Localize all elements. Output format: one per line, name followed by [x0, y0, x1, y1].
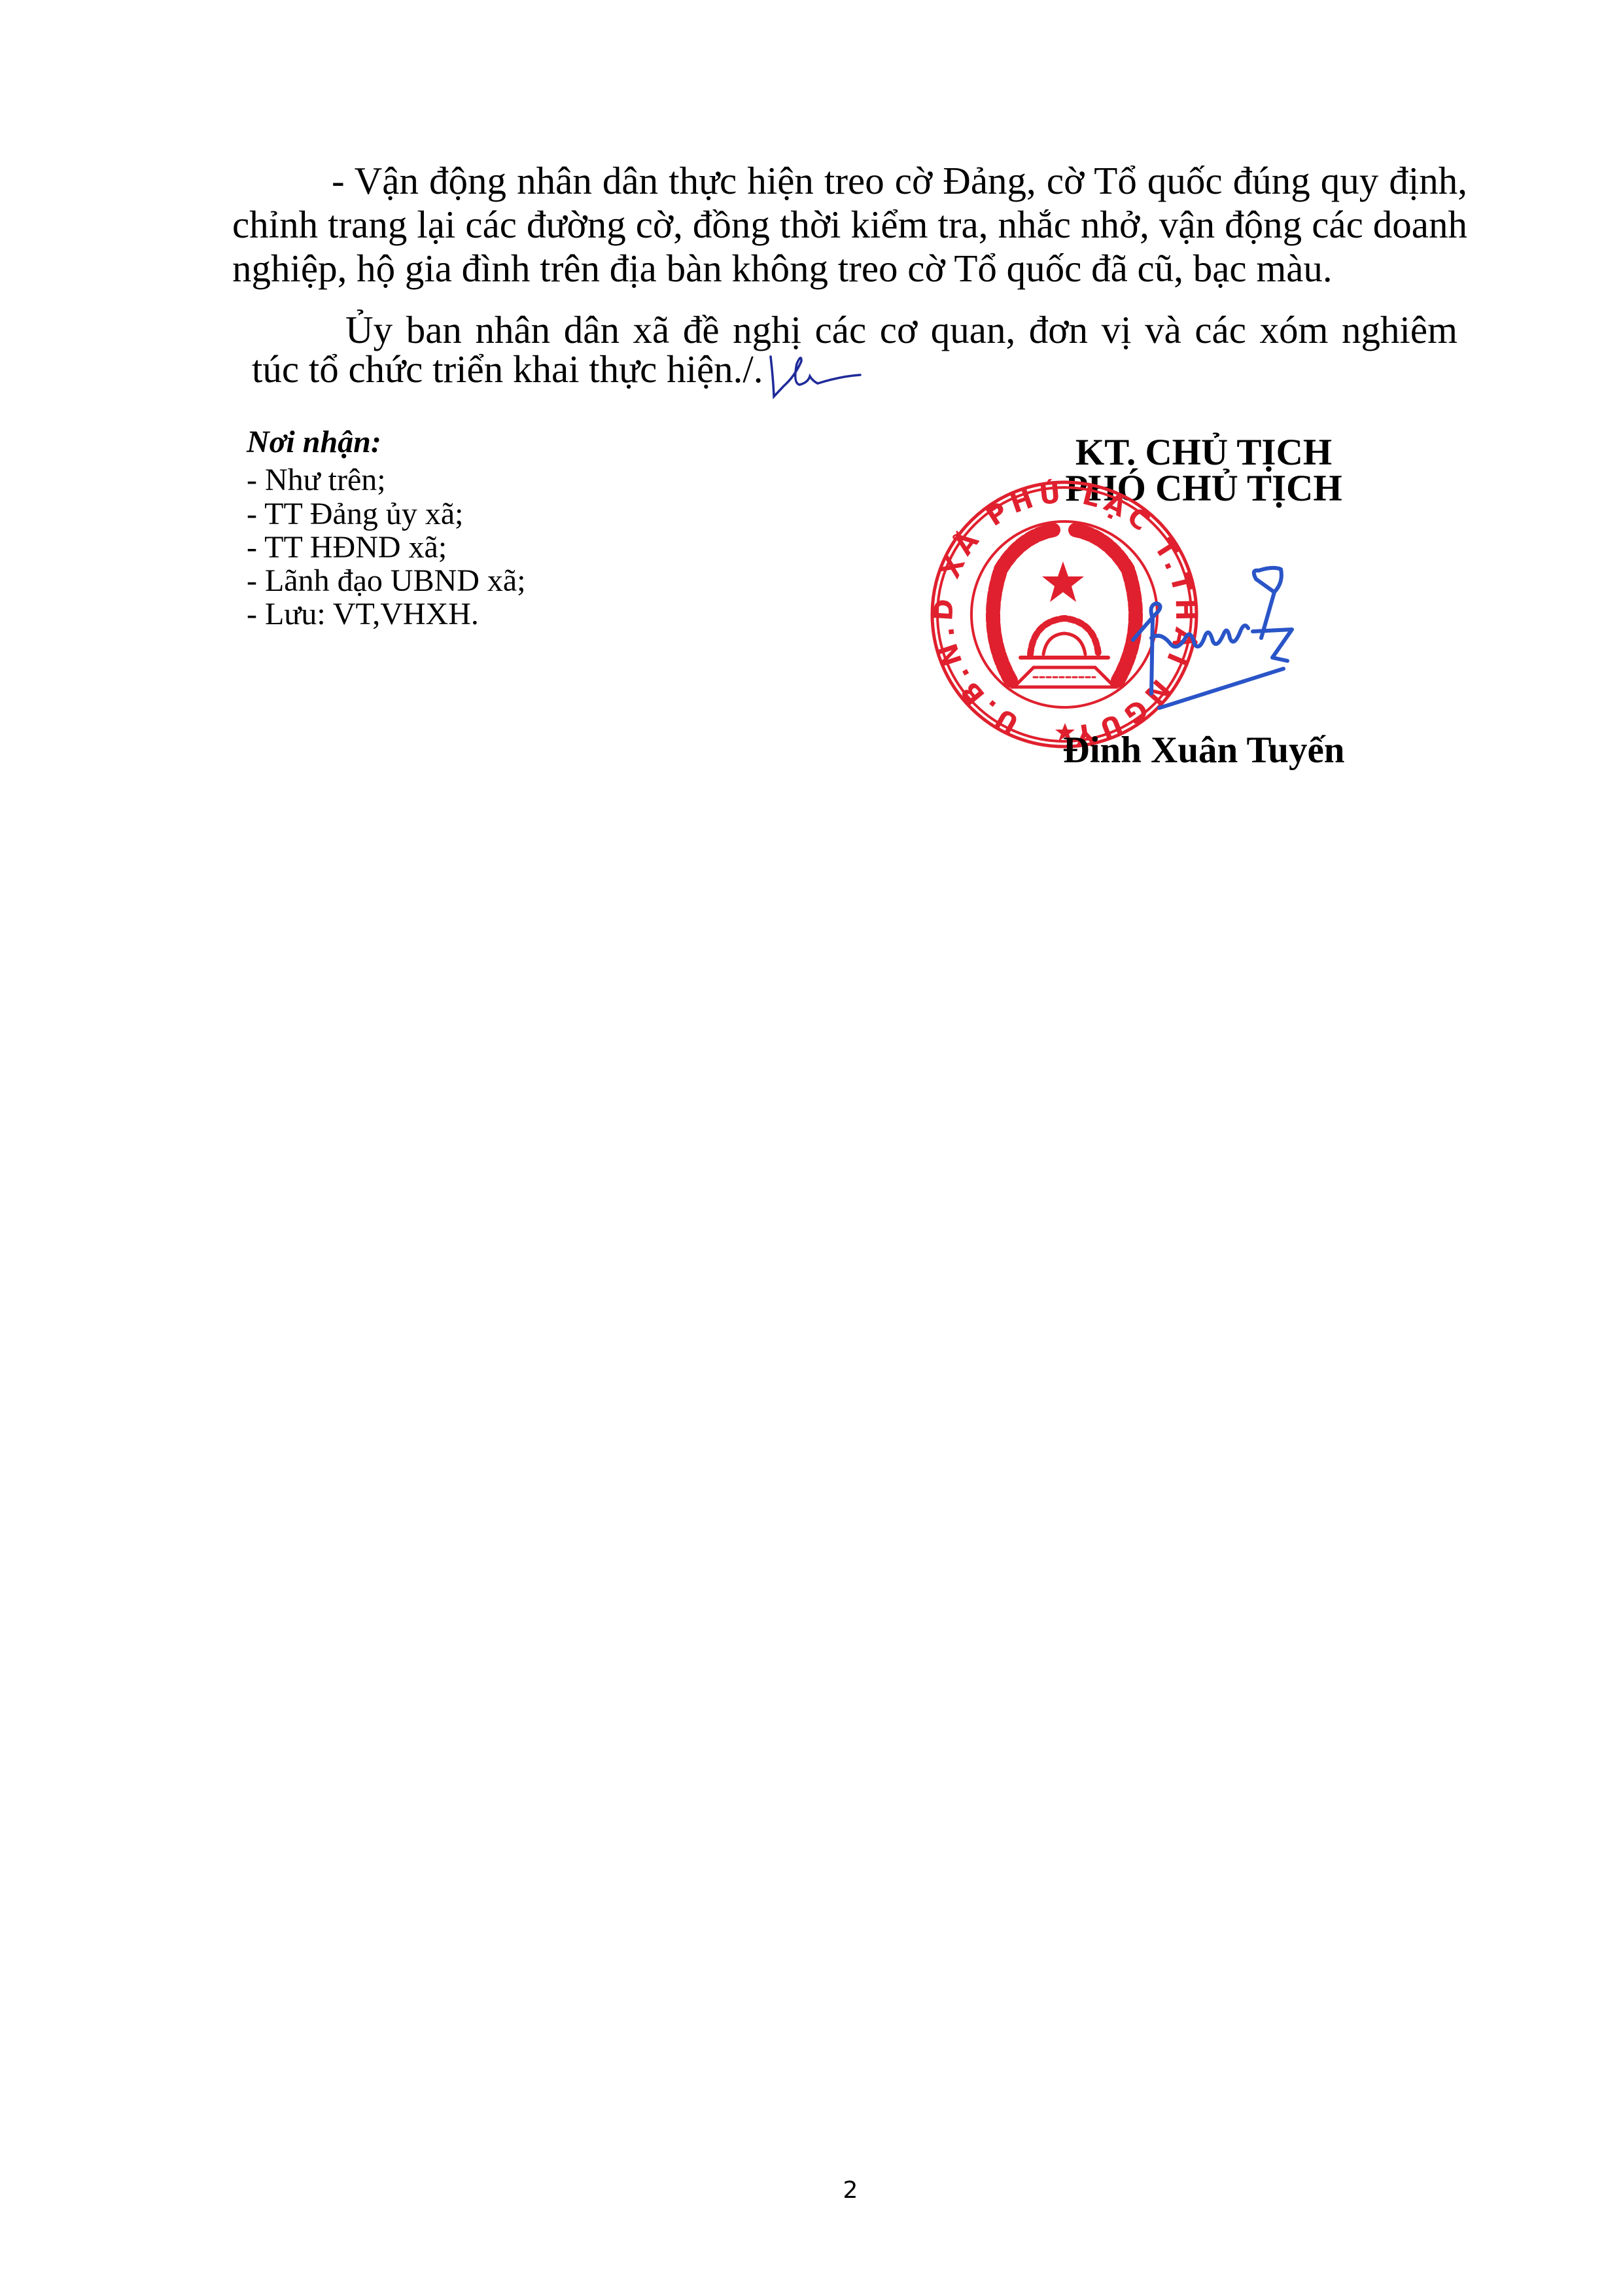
initials-icon — [771, 357, 860, 397]
official-seal-icon: U.B.N.D XÃ PHÚ LẠC T.THÁI NGUYÊN — [0, 0, 1200, 751]
page-number: 2 — [811, 2179, 890, 2202]
seal-text: U.B.N.D XÃ PHÚ LẠC T.THÁI NGUYÊN — [0, 0, 1200, 751]
svg-text:U.B.N.D XÃ PHÚ LẠC T.THÁI NGUY: U.B.N.D XÃ PHÚ LẠC T.THÁI NGUYÊN — [0, 0, 1200, 751]
signer-name: Đinh Xuân Tuyến — [1007, 732, 1400, 769]
seal-and-signature: U.B.N.D XÃ PHÚ LẠC T.THÁI NGUYÊN — [0, 0, 1623, 2296]
